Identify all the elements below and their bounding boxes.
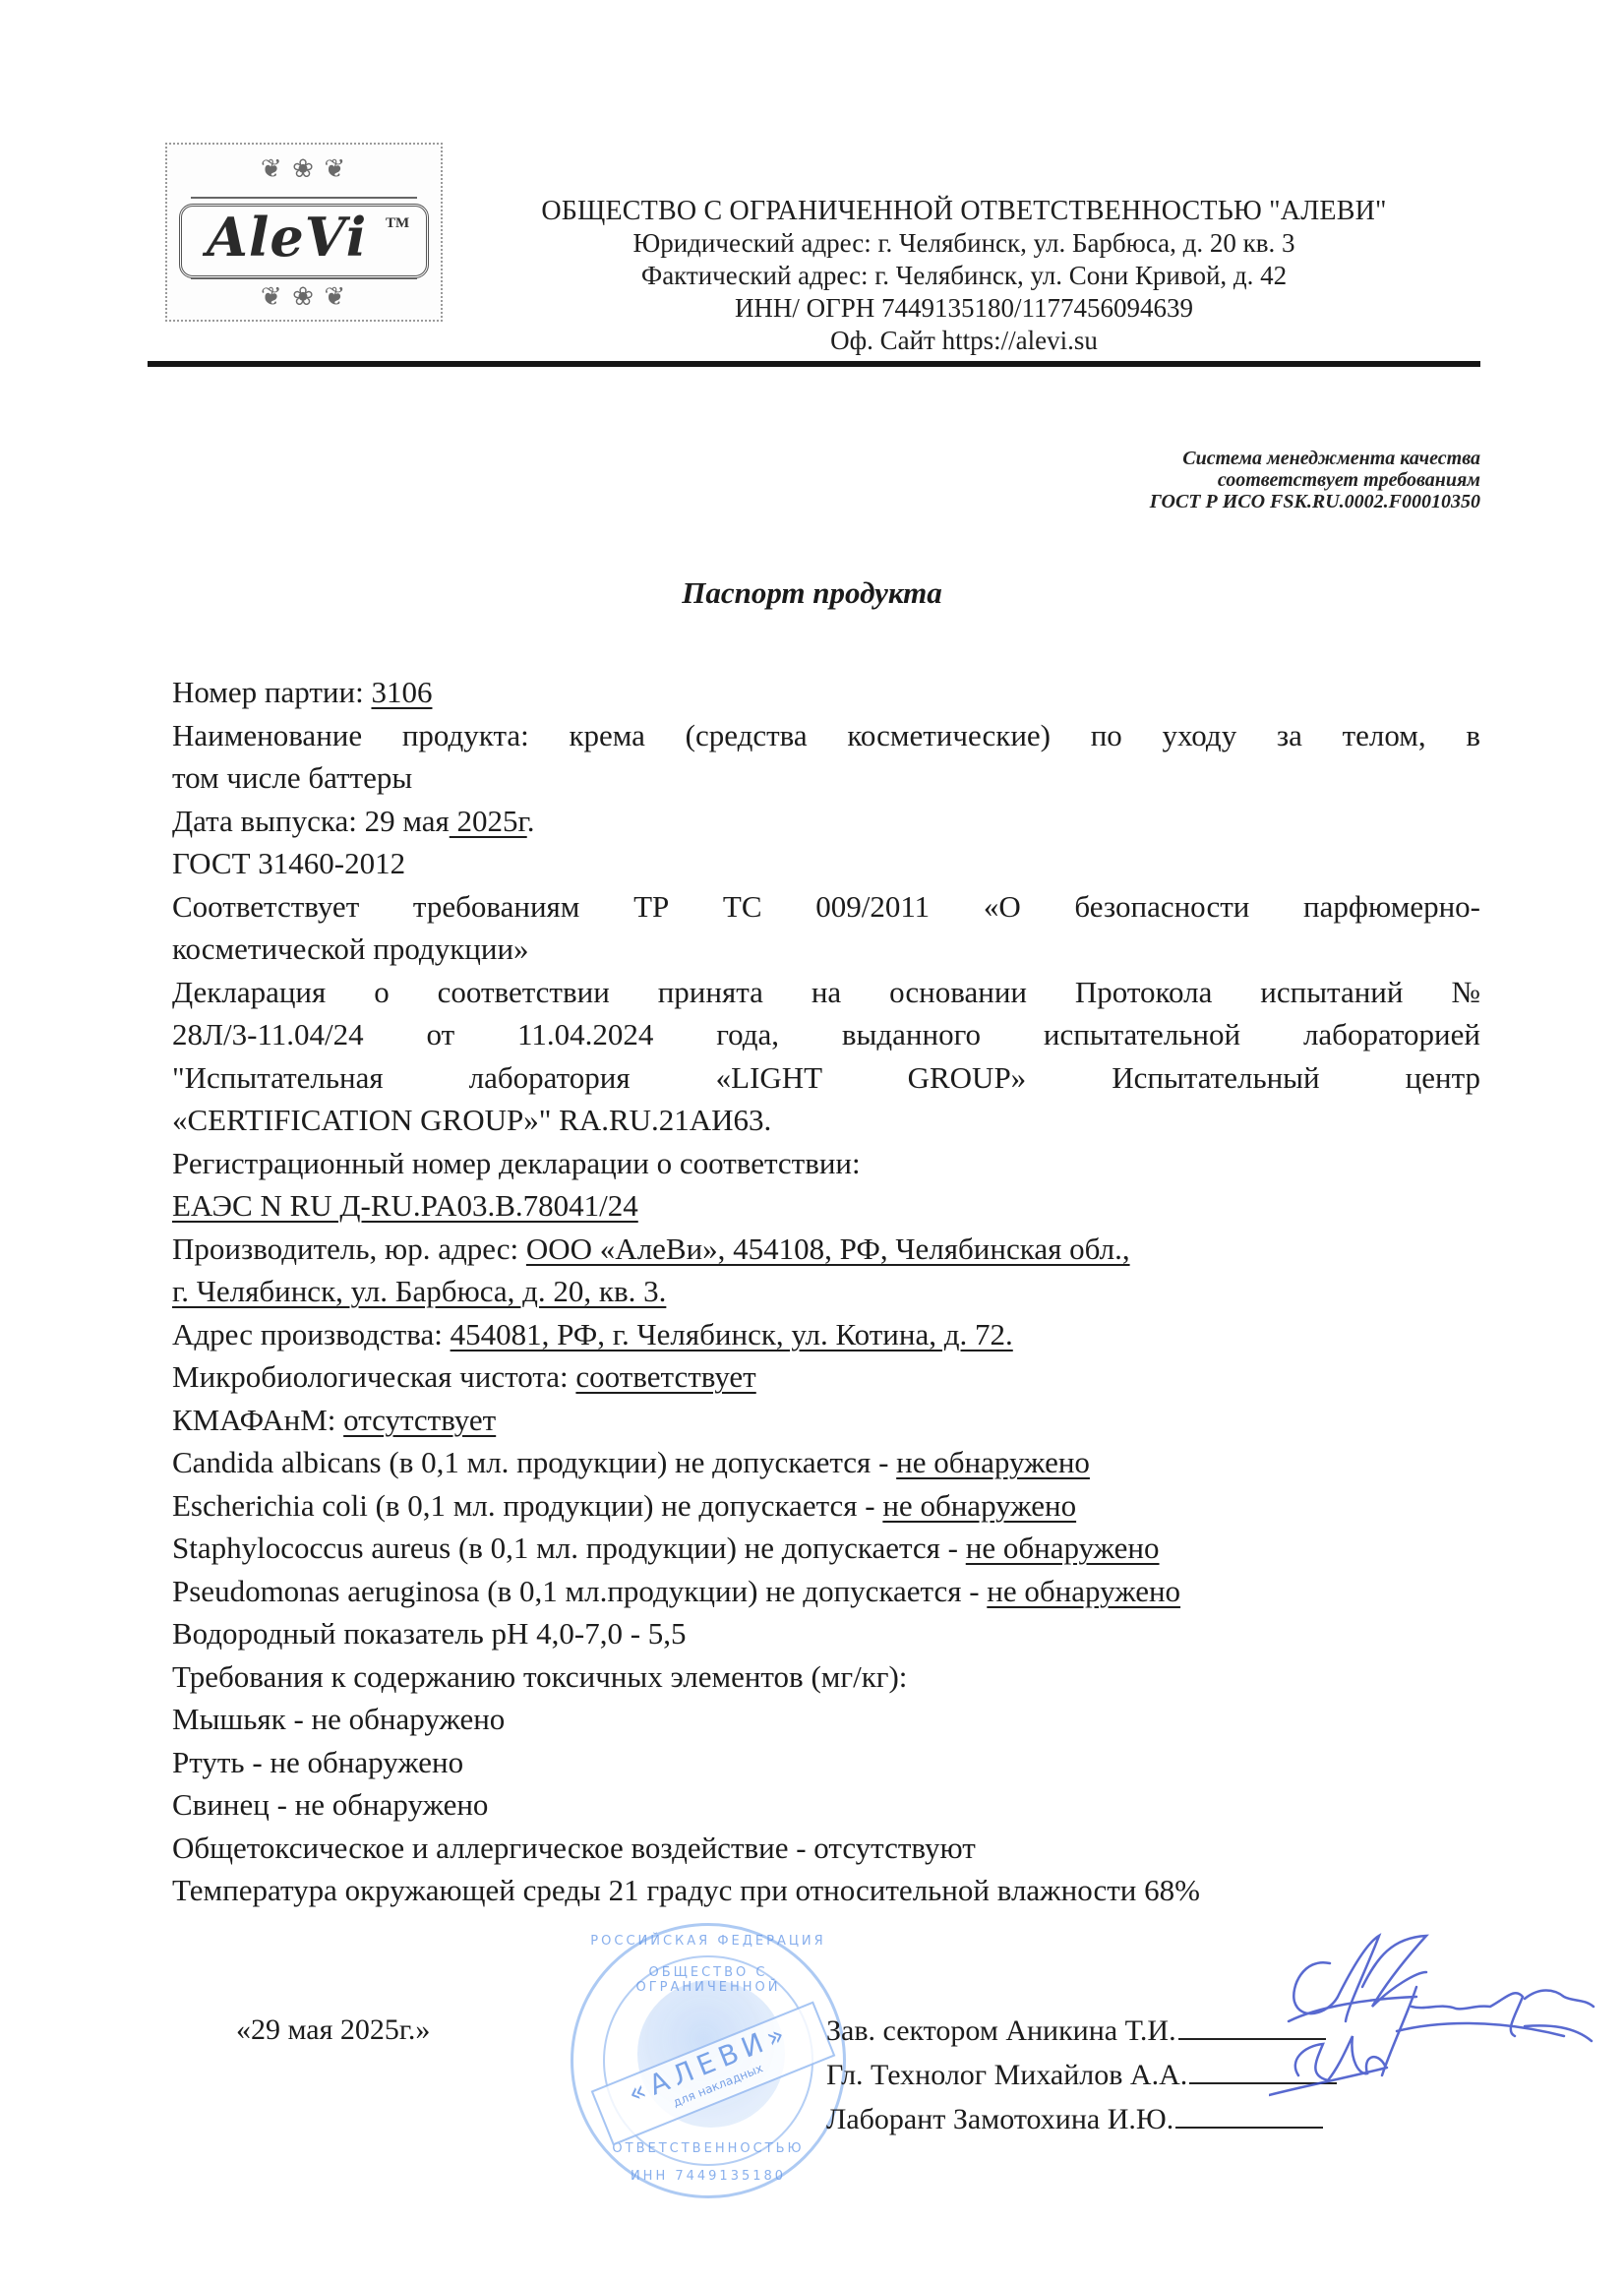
website: Оф. Сайт https://alevi.su	[462, 325, 1466, 357]
logo-trademark: TM	[386, 215, 409, 232]
signing-date: «29 мая 2025г.»	[236, 2013, 430, 2047]
qms-line-1: Система менеджмента качества	[1150, 448, 1480, 469]
company-logo: ❦ ❀ ❦ AleVi TM ❦ ❀ ❦	[165, 143, 443, 322]
microbiological-purity: Микробиологическая чистота: соответствуе…	[172, 1355, 1480, 1399]
gost-standard: ГОСТ 31460-2012	[172, 842, 1480, 885]
microbe-row: Pseudomonas aeruginosa (в 0,1 мл.продукц…	[172, 1570, 1480, 1613]
ornament-bottom-icon: ❦ ❀ ❦	[167, 284, 441, 310]
qms-line-3: ГОСТ Р ИСО FSK.RU.0002.F00010350	[1150, 491, 1480, 512]
logo-rule-bottom	[191, 277, 417, 279]
declaration-basis: Декларация о соответствии принята на осн…	[172, 971, 1480, 1014]
kmafanm: КМАФАнМ: отсутствует	[172, 1399, 1480, 1442]
batch-number: Номер партии: 3106	[172, 671, 1480, 714]
document-title: Паспорт продукта	[0, 575, 1624, 611]
toxic-elements-header: Требования к содержанию токсичных элемен…	[172, 1655, 1480, 1699]
arsenic: Мышьяк - не обнаружено	[172, 1698, 1480, 1741]
stamp-ribbon: «АЛЕВИ» для накладных	[591, 2001, 836, 2145]
mercury: Ртуть - не обнаружено	[172, 1741, 1480, 1784]
signature-line	[1178, 2037, 1326, 2040]
ph-value: Водородный показатель pH 4,0-7,0 - 5,5	[172, 1612, 1480, 1655]
inn-ogrn: ИНН/ ОГРН 7449135180/1177456094639	[462, 292, 1466, 325]
logo-rule-top	[191, 197, 417, 199]
production-address: Адрес производства: 454081, РФ, г. Челяб…	[172, 1313, 1480, 1356]
microbe-row: Escherichia coli (в 0,1 мл. продукции) н…	[172, 1484, 1480, 1528]
conformity-statement: Соответствует требованиям ТР ТС 009/2011…	[172, 885, 1480, 929]
signature-line	[1189, 2081, 1337, 2084]
release-date: Дата выпуска: 29 мая 2025г.	[172, 800, 1480, 843]
quality-management-note: Система менеджмента качества соответству…	[1150, 448, 1480, 512]
climate-conditions: Температура окружающей среды 21 градус п…	[172, 1869, 1480, 1912]
qms-line-2: соответствует требованиям	[1150, 469, 1480, 491]
registration-label: Регистрационный номер декларации о соотв…	[172, 1142, 1480, 1185]
header-divider	[148, 361, 1480, 367]
signatory-row: Зав. сектором Аникина Т.И.	[826, 2009, 1337, 2053]
allergic-effect: Общетоксическое и аллергическое воздейст…	[172, 1827, 1480, 1870]
registration-number: ЕАЭС N RU Д-RU.PA03.B.78041/24	[172, 1188, 638, 1223]
logo-brand: AleVi	[207, 206, 367, 269]
letterhead: ОБЩЕСТВО С ОГРАНИЧЕННОЙ ОТВЕТСТВЕННОСТЬЮ…	[462, 195, 1466, 357]
lead: Свинец - не обнаружено	[172, 1783, 1480, 1827]
signature-line	[1175, 2126, 1323, 2129]
actual-address: Фактический адрес: г. Челябинск, ул. Сон…	[462, 260, 1466, 292]
manufacturer: Производитель, юр. адрес: ООО «АлеВи», 4…	[172, 1228, 1480, 1271]
globe-icon	[637, 1980, 785, 2128]
signatories: Зав. сектором Аникина Т.И. Гл. Технолог …	[826, 2009, 1337, 2141]
batch-value: 3106	[371, 675, 432, 709]
product-name: Наименование продукта: крема (средства к…	[172, 714, 1480, 757]
passport-body: Номер партии: 3106 Наименование продукта…	[172, 671, 1480, 1912]
legal-address: Юридический адрес: г. Челябинск, ул. Бар…	[462, 227, 1466, 260]
signatory-row: Гл. Технолог Михайлов А.А.	[826, 2053, 1337, 2097]
microbe-row: Candida albicans (в 0,1 мл. продукции) н…	[172, 1441, 1480, 1484]
microbe-row: Staphylococcus aureus (в 0,1 мл. продукц…	[172, 1527, 1480, 1570]
company-name: ОБЩЕСТВО С ОГРАНИЧЕННОЙ ОТВЕТСТВЕННОСТЬЮ…	[462, 195, 1466, 227]
company-stamp: РОССИЙСКАЯ ФЕДЕРАЦИЯ ОБЩЕСТВО С ОГРАНИЧЕ…	[571, 1923, 846, 2198]
signatory-row: Лаборант Замотохина И.Ю.	[826, 2097, 1337, 2141]
ornament-top-icon: ❦ ❀ ❦	[167, 156, 441, 182]
